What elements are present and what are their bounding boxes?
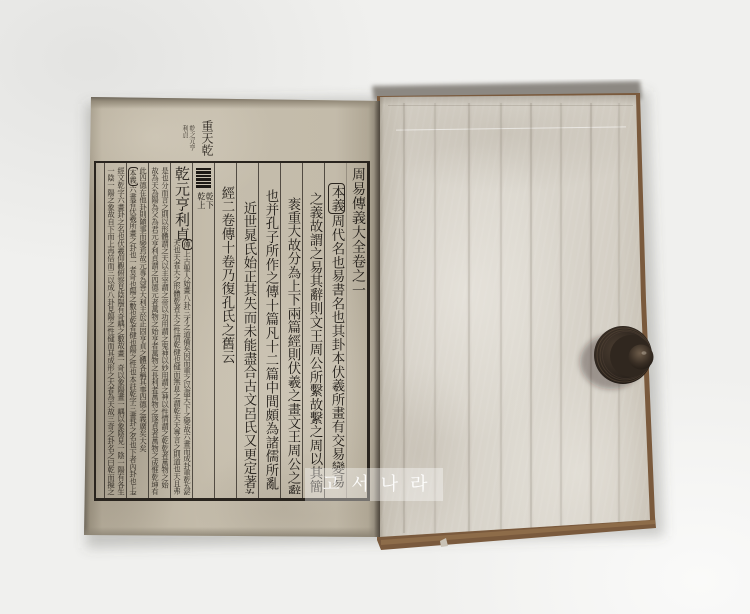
watermark: 고서나라 bbox=[305, 468, 443, 501]
book-photo: 重天乾 乾之元亨 利貞 周易傳義大全卷之一 本義周代名也易書名也其卦本伏羲所畫有… bbox=[0, 0, 750, 614]
brass-paperweight-icon bbox=[0, 0, 750, 614]
